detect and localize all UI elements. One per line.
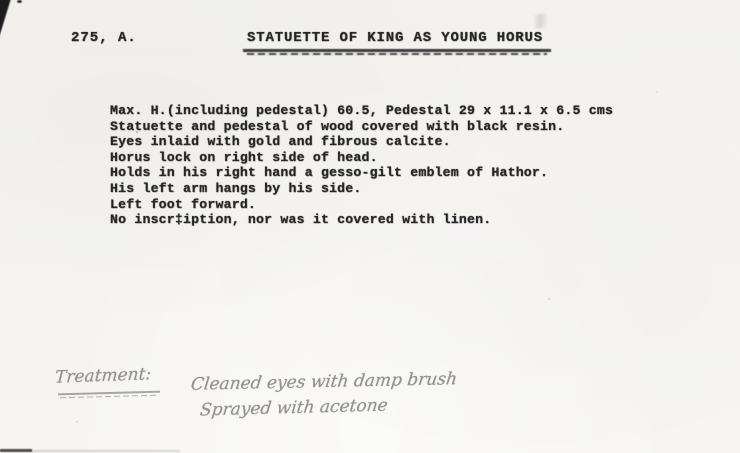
description-block: Max. H.(including pedestal) 60.5, Pedest…: [110, 103, 613, 228]
description-line: No inscr‡iption, nor was it covered with…: [110, 212, 613, 228]
document-title: STATUETTE OF KING AS YOUNG HORUS: [247, 30, 543, 46]
scan-edge-artifact: [30, 450, 180, 452]
description-line: Eyes inlaid with gold and fibrous calcit…: [110, 134, 613, 150]
catalog-number: 275, A.: [71, 30, 137, 46]
description-line: His left arm hangs by his side.: [110, 181, 613, 197]
scan-speck: [17, 0, 22, 3]
scanned-catalog-card: 275, A. STATUETTE OF KING AS YOUNG HORUS…: [0, 0, 740, 453]
treatment-note: Sprayed with acetone: [199, 396, 389, 421]
scan-corner-artifact: [0, 0, 12, 37]
title-underline: [247, 53, 547, 55]
title-underline: [243, 49, 551, 52]
description-line: Horus lock on right side of head.: [110, 150, 613, 166]
description-line: Holds in his right hand a gesso-gilt emb…: [110, 165, 613, 181]
description-line: Statuette and pedestal of wood covered w…: [110, 119, 613, 135]
treatment-underline: [60, 395, 158, 399]
description-line: Left foot forward.: [110, 197, 613, 213]
scan-edge-artifact: [0, 449, 32, 452]
treatment-label: Treatment:: [54, 364, 152, 387]
treatment-note: Cleaned eyes with damp brush: [190, 369, 458, 395]
description-line: Max. H.(including pedestal) 60.5, Pedest…: [110, 103, 613, 119]
